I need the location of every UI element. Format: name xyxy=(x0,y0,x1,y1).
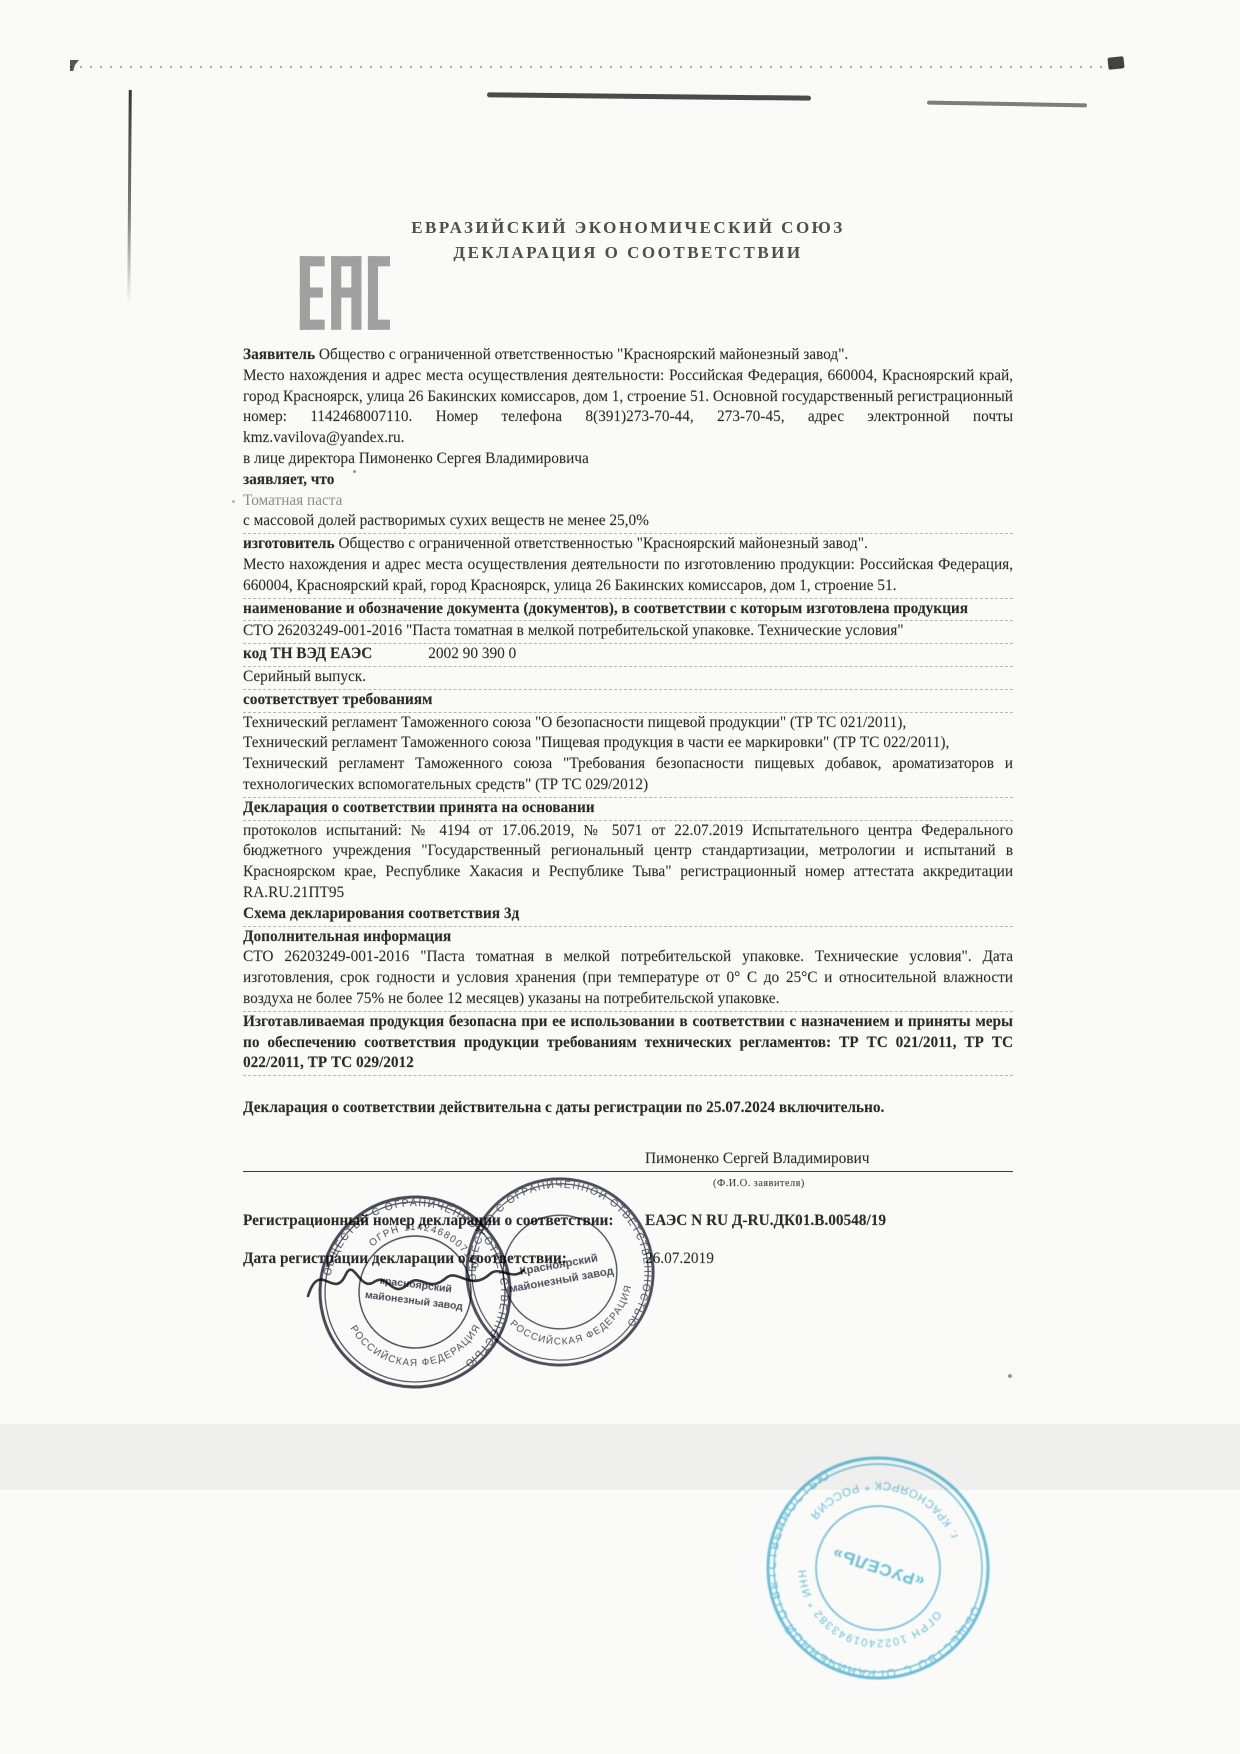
paragraph: Схема декларирования соответствия 3д xyxy=(243,904,1013,927)
paragraph: код ТН ВЭД ЕАЭС2002 90 390 0 xyxy=(243,644,1013,667)
paragraph: протоколов испытаний: № 4194 от 17.06.20… xyxy=(243,821,1013,904)
svg-text:майонезный завод: майонезный завод xyxy=(364,1289,464,1313)
paragraph: СТО 26203249-001-2016 "Паста томатная в … xyxy=(243,947,1013,1011)
paragraph: Дополнительная информация xyxy=(243,927,1013,948)
scan-artifact-smudge xyxy=(487,92,811,100)
paragraph: СТО 26203249-001-2016 "Паста томатная в … xyxy=(243,621,1013,644)
text-run: СТО 26203249-001-2016 "Паста томатная в … xyxy=(243,948,1013,1007)
eac-mark-logo: ЕАС xyxy=(298,250,390,336)
text-run: Томатная паста xyxy=(243,492,342,509)
paragraph: соответствует требованиям xyxy=(243,690,1013,713)
svg-text:РОССИЙСКАЯ ФЕДЕРАЦИЯ: РОССИЙСКАЯ ФЕДЕРАЦИЯ xyxy=(344,1307,484,1377)
rusel-round-stamp: ОБЩЕСТВО С ОГРАНИЧЕННОЙ ОТВЕТСТВЕННОСТЬЮ… xyxy=(732,1422,1024,1714)
text-run: Место нахождения и адрес места осуществл… xyxy=(243,556,1013,594)
text-run: Общество с ограниченной ответственностью… xyxy=(319,346,848,363)
paragraph: заявляет, что xyxy=(243,470,1013,491)
registration-number-label: Регистрационный номер декларации о соотв… xyxy=(243,1211,645,1232)
svg-text:ОБЩЕСТВО С ОГРАНИЧЕННОЙ ОТВЕТС: ОБЩЕСТВО С ОГРАНИЧЕННОЙ ОТВЕТСТВЕННОСТЬЮ xyxy=(736,1457,1010,1710)
svg-text:«РУСЕЛЬ»: «РУСЕЛЬ» xyxy=(829,1544,927,1592)
signature-caption: (Ф.И.О. заявителя) xyxy=(243,1174,1013,1195)
text-run: Серийный выпуск. xyxy=(243,668,366,685)
scan-artifact-smudge xyxy=(927,101,1087,108)
scan-speck xyxy=(1008,1374,1012,1378)
text-run: изготовитель xyxy=(243,535,338,552)
text-run: в лице директора Пимоненко Сергея Владим… xyxy=(243,450,589,467)
registration-date-value: 26.07.2019 xyxy=(645,1249,714,1270)
scan-artifact-dashed-line xyxy=(70,66,1122,68)
scan-artifact-gray-band xyxy=(0,1424,1240,1490)
svg-text:РОССИЙСКАЯ ФЕДЕРАЦИЯ: РОССИЙСКАЯ ФЕДЕРАЦИЯ xyxy=(504,1282,643,1357)
text-run: Технический регламент Таможенного союза … xyxy=(243,714,906,731)
paragraph: Изготавливаемая продукция безопасна при … xyxy=(243,1012,1013,1076)
paragraph: Технический регламент Таможенного союза … xyxy=(243,733,1013,754)
paragraph: в лице директора Пимоненко Сергея Владим… xyxy=(243,449,1013,470)
text-run: заявляет, что xyxy=(243,471,334,488)
text-run: Дополнительная информация xyxy=(243,928,451,945)
signature-line xyxy=(243,1171,1013,1172)
paragraph: Место нахождения и адрес места осуществл… xyxy=(243,366,1013,449)
paragraph: изготовитель Общество с ограниченной отв… xyxy=(243,534,1013,555)
text-run: Место нахождения и адрес места осуществл… xyxy=(243,367,1013,446)
registration-number-value: ЕАЭС N RU Д-RU.ДК01.В.00548/19 xyxy=(645,1211,886,1232)
text-run: Технический регламент Таможенного союза … xyxy=(243,755,1013,793)
text-run: Декларация о соответствии принята на осн… xyxy=(243,799,595,816)
svg-text:ОГРН 1022401943382 * ИНН: ОГРН 1022401943382 * ИНН xyxy=(780,1564,945,1668)
text-run: с массовой долей растворимых сухих вещес… xyxy=(243,512,649,529)
text-run: Декларация о соответствии действительна … xyxy=(243,1099,884,1116)
text-run: СТО 26203249-001-2016 "Паста томатная в … xyxy=(243,622,904,639)
text-run: Общество с ограниченной ответственностью… xyxy=(338,535,867,552)
registration-number-row: Регистрационный номер декларации о соотв… xyxy=(243,1211,1013,1232)
paragraph: Технический регламент Таможенного союза … xyxy=(243,713,1013,734)
text-run: 2002 90 390 0 xyxy=(428,645,516,662)
text-run: Изготавливаемая продукция безопасна при … xyxy=(243,1013,1013,1072)
text-run: соответствует требованиям xyxy=(243,691,432,708)
text-run: код ТН ВЭД ЕАЭС xyxy=(243,645,372,662)
text-run: Технический регламент Таможенного союза … xyxy=(243,734,949,751)
paragraph: Томатная паста xyxy=(243,491,1013,512)
applicant-name: Пимоненко Сергей Владимирович xyxy=(243,1149,1013,1170)
scan-speck xyxy=(232,500,235,503)
paragraph-list: Заявитель Общество с ограниченной ответс… xyxy=(243,345,1013,1119)
paragraph: Декларация о соответствии принята на осн… xyxy=(243,798,1013,821)
signature-block: Пимоненко Сергей Владимирович (Ф.И.О. за… xyxy=(243,1149,1013,1270)
text-run: Схема декларирования соответствия 3д xyxy=(243,905,519,922)
scan-artifact-corner-mark xyxy=(1107,56,1124,70)
paragraph: Технический регламент Таможенного союза … xyxy=(243,754,1013,798)
paragraph: Декларация о соответствии действительна … xyxy=(243,1098,1013,1119)
scan-artifact-vertical-line xyxy=(127,90,132,305)
document-body: Заявитель Общество с ограниченной ответс… xyxy=(243,345,1013,1270)
registration-date-label: Дата регистрации декларации о соответств… xyxy=(243,1249,645,1270)
paragraph: наименование и обозначение документа (до… xyxy=(243,599,1013,622)
scan-artifact-corner-mark xyxy=(70,60,79,71)
union-name: ЕВРАЗИЙСКИЙ ЭКОНОМИЧЕСКИЙ СОЮЗ xyxy=(243,218,1013,238)
svg-text:красноярский: красноярский xyxy=(379,1275,452,1296)
paragraph: с массовой долей растворимых сухих вещес… xyxy=(243,511,1013,534)
text-run: Заявитель xyxy=(243,346,319,363)
text-run: наименование и обозначение документа (до… xyxy=(243,600,968,617)
scanned-declaration-page: ЕВРАЗИЙСКИЙ ЭКОНОМИЧЕСКИЙ СОЮЗ ДЕКЛАРАЦИ… xyxy=(0,0,1240,1754)
paragraph: Заявитель Общество с ограниченной ответс… xyxy=(243,345,1013,366)
paragraph: Серийный выпуск. xyxy=(243,667,1013,690)
registration-date-row: Дата регистрации декларации о соответств… xyxy=(243,1249,1013,1270)
text-run: протоколов испытаний: № 4194 от 17.06.20… xyxy=(243,822,1013,901)
paragraph: Место нахождения и адрес места осуществл… xyxy=(243,555,1013,599)
svg-text:г. КРАСНОЯРСК * РОССИЯ: г. КРАСНОЯРСК * РОССИЯ xyxy=(805,1457,970,1566)
